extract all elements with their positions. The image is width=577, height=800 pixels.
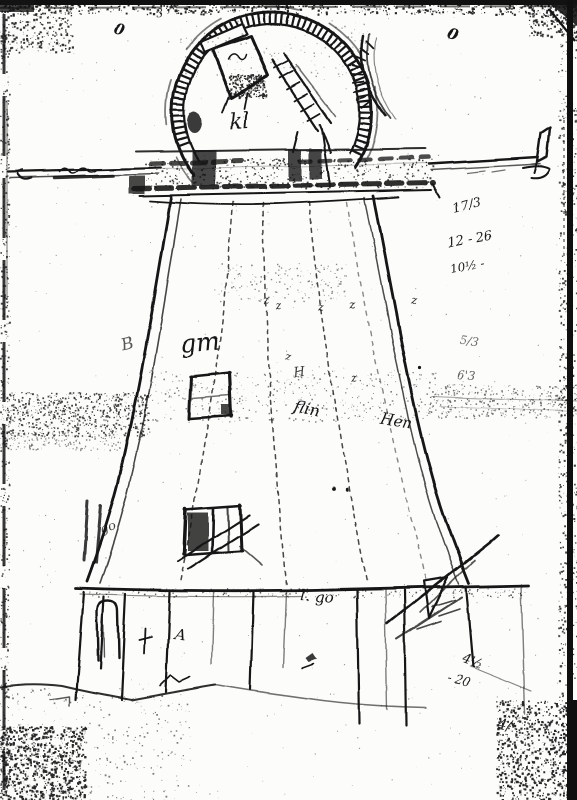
- h-mark: H: [292, 365, 306, 381]
- lower-window-mid-post: [213, 508, 214, 552]
- lower-window-right-jamb: [240, 504, 242, 551]
- paper-background: [0, 0, 577, 800]
- stock-left-chunk: [55, 176, 112, 178]
- entrance-door-inner: [103, 610, 104, 657]
- label-gm: gm: [179, 326, 222, 359]
- zigzag-mark: z: [410, 294, 418, 308]
- aux-arc-dot: [369, 117, 372, 120]
- top-right-small-mark: 2: [455, 2, 462, 13]
- scanned-sketch-page: 0 3 2 0 kl B gm flin Hen H go l. go A z …: [0, 0, 577, 800]
- tower-dot-1: [331, 487, 335, 491]
- tower-dot-3: [418, 366, 421, 369]
- zigzag-mark: z: [348, 299, 356, 313]
- stage-label: l. go: [300, 586, 334, 606]
- upper-window-blot: [221, 405, 230, 415]
- windmill-sketch: 0 3 2 0 kl B gm flin Hen H go l. go A z …: [0, 0, 577, 800]
- right-border: [567, 0, 573, 800]
- wheel-rim-blot: [187, 111, 201, 133]
- lower-window-dark-fill: [188, 512, 209, 551]
- bottom-right-edge: [570, 700, 577, 800]
- top-border: [0, 0, 577, 5]
- measurement-5: 6'3: [457, 368, 477, 384]
- lower-window-left-jamb: [184, 508, 186, 554]
- zigzag-mark: z: [317, 300, 325, 313]
- top-mid-mark: 3: [156, 6, 164, 20]
- top-left-corner-blot: [0, 0, 34, 12]
- wheel-label: kl: [228, 108, 249, 134]
